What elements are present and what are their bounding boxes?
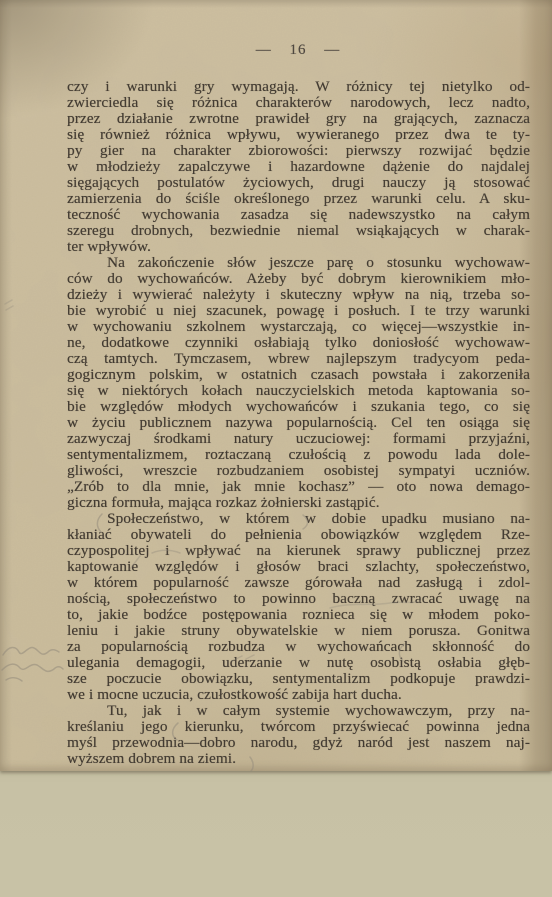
text-line: w którem popularność zawsze górowała nad… (67, 575, 530, 591)
text-line: sentymentalizmem, roztaczaną czułością z… (67, 447, 530, 463)
text-line: zamierzenia do ściśle określonego przez … (67, 191, 530, 207)
text-line: nością, społeczeństwo to powinno baczną … (67, 591, 530, 607)
text-line: Na zakończenie słów jeszcze parę o stosu… (67, 255, 530, 271)
text-line: gliwości, wreszcie rozbudzaniem osobiste… (67, 463, 530, 479)
text-line: ców do wychowańców. Ażeby być dobrym kie… (67, 271, 530, 287)
text-line: gogicznym polskim, w ostatnich czasach p… (67, 367, 530, 383)
text-line: ulegania demagogii, uderzanie w nutę oso… (67, 655, 530, 671)
text-line: zwierciedla się różnica charakterów naro… (67, 95, 530, 111)
text-line: szeregu drobnych, bezwiednie niemal wsią… (67, 223, 530, 239)
paragraph: czy i warunki gry wymagają. W różnicy te… (67, 79, 530, 255)
text-line: ne, dodatkowe czynniki osłabiają tylko d… (67, 335, 530, 351)
text-line: we i mocne uczucia, czułostkowość zabija… (67, 687, 530, 703)
paragraph: Społeczeństwo, w którem w dobie upadku m… (67, 511, 530, 703)
scan-backdrop (0, 771, 552, 897)
paragraph: Na zakończenie słów jeszcze parę o stosu… (67, 255, 530, 511)
text-line: bie względów młodych wychowańców i szuka… (67, 399, 530, 415)
text-line: „Zrób to dla mnie, jak mnie kochasz” — o… (67, 479, 530, 495)
text-line: py gier na charakter zbiorowości: pierws… (67, 143, 530, 159)
text-line: kreślaniu jego kierunku, twórcom przyświ… (67, 719, 530, 735)
page-number-header: — 16 — (76, 42, 520, 59)
text-line: sięgających postulatów życiowych, drugi … (67, 175, 530, 191)
text-line: się w niektórych kołach nauczycielskich … (67, 383, 530, 399)
text-line: giczna formuła, mająca rozkaz żołnierski… (67, 495, 530, 511)
paper-sheet: — 16 — czy i warunki gry wymagają. W róż… (0, 0, 552, 771)
text-block: czy i warunki gry wymagają. W różnicy te… (67, 79, 530, 767)
text-line: to, jakie bodźce postępowania roznieca s… (67, 607, 530, 623)
text-line: kłaniać obywateli do pełnienia obowiązkó… (67, 527, 530, 543)
text-line: w młodzieży zapalczywe i hazardowne dąże… (67, 159, 530, 175)
text-line: za popularnością rozbudza w wychowańcach… (67, 639, 530, 655)
text-line: wyższem dobrem na ziemi. (67, 751, 530, 767)
text-line: ter wpływów. (67, 239, 530, 255)
text-line: w życiu publicznem nazywa popularnością.… (67, 415, 530, 431)
text-line: w wychowaniu szkolnem wystarczają, co wi… (67, 319, 530, 335)
text-line: leniu i jakie struny obywatelskie w niem… (67, 623, 530, 639)
text-line: czą tamtych. Tymczasem, wbrew najlepszym… (67, 351, 530, 367)
text-line: zazwyczaj środkami natury uczuciowej: fo… (67, 431, 530, 447)
text-line: kaptowanie względów i głosów braci szlac… (67, 559, 530, 575)
text-line: bie wyrobić u niej szacunek, powagę i po… (67, 303, 530, 319)
text-line: czy i warunki gry wymagają. W różnicy te… (67, 79, 530, 95)
text-line: sze poczucie obowiązku, sentymentalizm p… (67, 671, 530, 687)
scanned-book-page: { "page": { "header": "— 16 —", "page_nu… (0, 0, 552, 897)
text-line: Społeczeństwo, w którem w dobie upadku m… (67, 511, 530, 527)
text-line: czypospolitej i wpływać na kierunek spra… (67, 543, 530, 559)
paragraph: Tu, jak i w całym systemie wychowawczym,… (67, 703, 530, 767)
text-line: teczność wychowania zasadza się nadewszy… (67, 207, 530, 223)
text-line: się również różnica wpływu, wywieranego … (67, 127, 530, 143)
text-line: myśl przewodnia—dobro narodu, gdyż naród… (67, 735, 530, 751)
text-line: dzieży i wywierać należyty i skuteczny w… (67, 287, 530, 303)
text-line: Tu, jak i w całym systemie wychowawczym,… (67, 703, 530, 719)
text-line: przez działanie zwrotne prawideł gry na … (67, 111, 530, 127)
